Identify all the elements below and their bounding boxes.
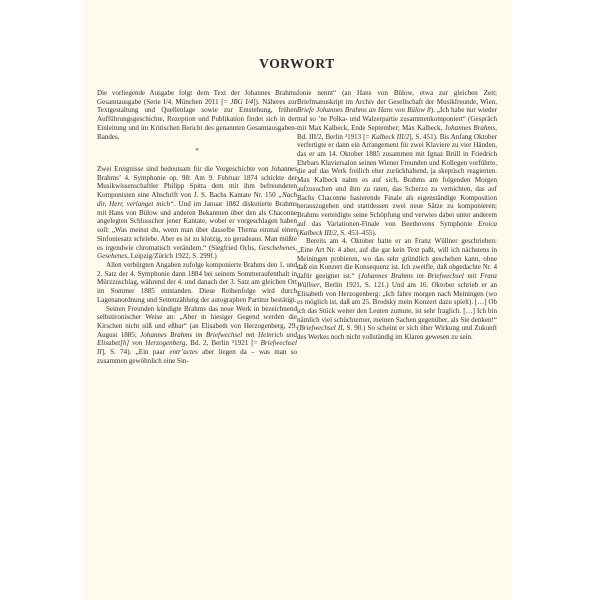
- section-separator: *: [97, 147, 297, 156]
- paragraph-announcement: Seinen Freunden kündigte Brahms das neue…: [97, 305, 297, 366]
- italic-citation: Geschehenes, Gesehenes: [97, 244, 297, 261]
- page-title: VORWORT: [82, 56, 512, 72]
- italic-citation: Briefwechsel II: [299, 324, 342, 332]
- paragraph-arrangement: fonie nennt“ (an Hans von Bülow, etwa zu…: [297, 89, 497, 237]
- paragraph-prehistory: Zwei Ereignisse sind bedeutsam für die V…: [97, 165, 297, 261]
- right-column: fonie nennt“ (an Hans von Bülow, etwa zu…: [297, 89, 497, 342]
- italic-citation: JBG I/4: [230, 98, 253, 106]
- italic-citation: Johannes Brahms im Briefwechsel mit Fran…: [297, 272, 497, 289]
- paragraph-meiningen: Bereits am 4. Oktober hatte er an Franz …: [297, 237, 497, 342]
- italic-citation: entr’actes: [169, 348, 197, 356]
- italic-citation: es: [297, 298, 303, 306]
- paragraph-edition-note: Die vorliegende Ausgabe folgt dem Text d…: [97, 89, 297, 141]
- italic-citation: Johannes Brahms: [445, 124, 496, 132]
- italic-citation: Eroica: [478, 220, 497, 228]
- left-column: Die vorliegende Ausgabe folgt dem Text d…: [97, 89, 297, 366]
- italic-citation: „Nach dir, Herr, verlanget mich“: [97, 191, 297, 208]
- italic-citation: Kalbeck III/2: [299, 229, 336, 237]
- italic-citation: Kalbeck III/2: [372, 133, 410, 141]
- document-page: VORWORT Die vorliegende Ausgabe folgt de…: [82, 0, 512, 600]
- italic-citation: Briefe Johannes Brahms an Hans von Bülow…: [297, 106, 431, 114]
- paragraph-composition: Allen verbürgten Angaben zufolge komponi…: [97, 261, 297, 305]
